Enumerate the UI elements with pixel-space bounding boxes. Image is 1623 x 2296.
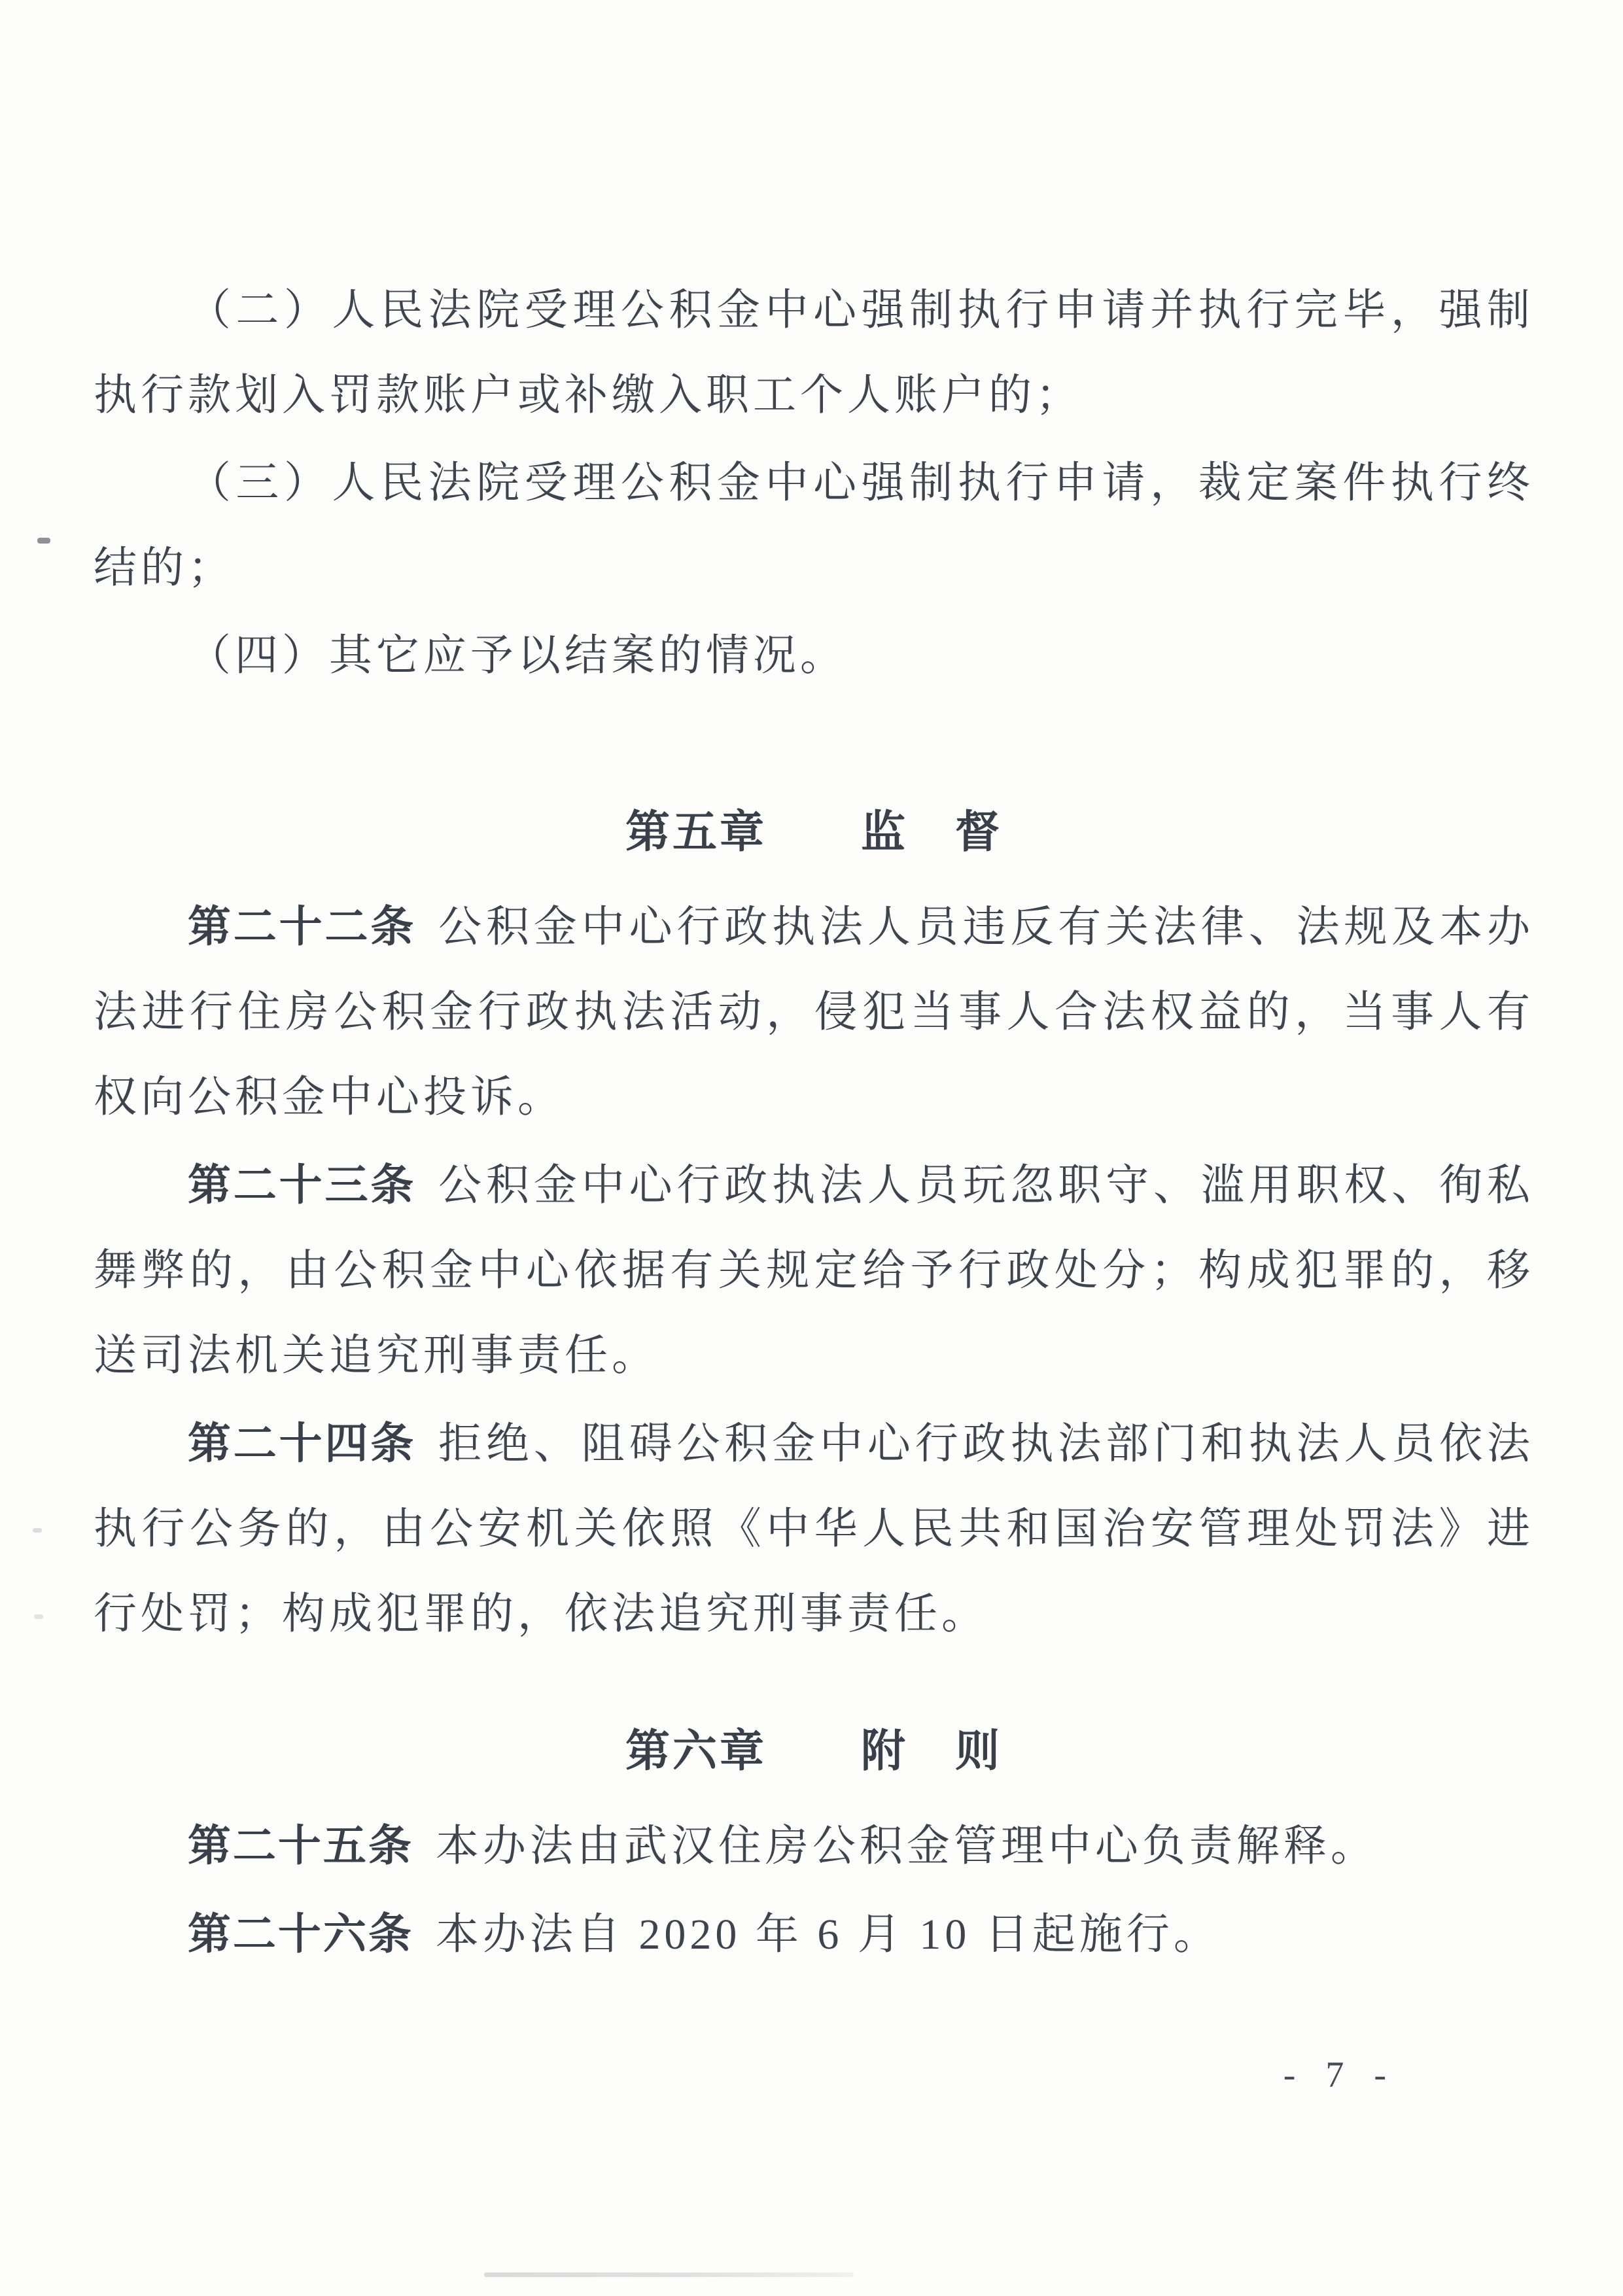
scan-speck xyxy=(34,1614,43,1619)
article-23: 第二十三条公积金中心行政执法人员玩忽职守、滥用职权、徇私舞弊的，由公积金中心依据… xyxy=(94,1143,1534,1399)
chapter-heading-6: 第六章 附 则 xyxy=(94,1709,1534,1794)
clause-text: （二）人民法院受理公积金中心强制执行申请并执行完毕，强制执行款划入罚款账户或补缴… xyxy=(94,287,1534,419)
scanned-document-page: （二）人民法院受理公积金中心强制执行申请并执行完毕，强制执行款划入罚款账户或补缴… xyxy=(0,0,1623,2296)
article-26: 第二十六条本办法自 2020 年 6 月 10 日起施行。 xyxy=(94,1892,1534,1977)
clause-item-3: （三）人民法院受理公积金中心强制执行申请，裁定案件执行终结的； xyxy=(94,441,1534,611)
page-number: - 7 - xyxy=(1283,2054,1397,2096)
clause-item-2: （二）人民法院受理公积金中心强制执行申请并执行完毕，强制执行款划入罚款账户或补缴… xyxy=(94,268,1534,438)
article-number-label: 第二十五条 xyxy=(188,1820,436,1871)
chapter-heading-5: 第五章 监 督 xyxy=(94,790,1534,875)
article-text: 本办法自 2020 年 6 月 10 日起施行。 xyxy=(436,1911,1221,1958)
article-number-label: 第二十二条 xyxy=(188,901,438,952)
clause-text: （四）其它应予以结案的情况。 xyxy=(188,632,847,680)
scan-speck xyxy=(33,1528,42,1533)
article-text: 本办法由武汉住房公积金管理中心负责解释。 xyxy=(436,1822,1378,1870)
scan-smudge xyxy=(484,2272,854,2277)
clause-text: （三）人民法院受理公积金中心强制执行申请，裁定案件执行终结的； xyxy=(94,459,1534,592)
scan-speck xyxy=(37,538,50,544)
article-22: 第二十二条公积金中心行政执法人员违反有关法律、法规及本办法进行住房公积金行政执法… xyxy=(94,884,1534,1140)
article-number-label: 第二十三条 xyxy=(188,1160,438,1210)
article-number-label: 第二十六条 xyxy=(188,1909,436,1959)
article-24: 第二十四条拒绝、阻碍公积金中心行政执法部门和执法人员依法执行公务的，由公安机关依… xyxy=(94,1401,1534,1657)
document-body: （二）人民法院受理公积金中心强制执行申请并执行完毕，强制执行款划入罚款账户或补缴… xyxy=(94,268,1534,1980)
clause-item-4: （四）其它应予以结案的情况。 xyxy=(94,614,1534,699)
article-number-label: 第二十四条 xyxy=(188,1418,438,1469)
article-25: 第二十五条本办法由武汉住房公积金管理中心负责解释。 xyxy=(94,1803,1534,1889)
